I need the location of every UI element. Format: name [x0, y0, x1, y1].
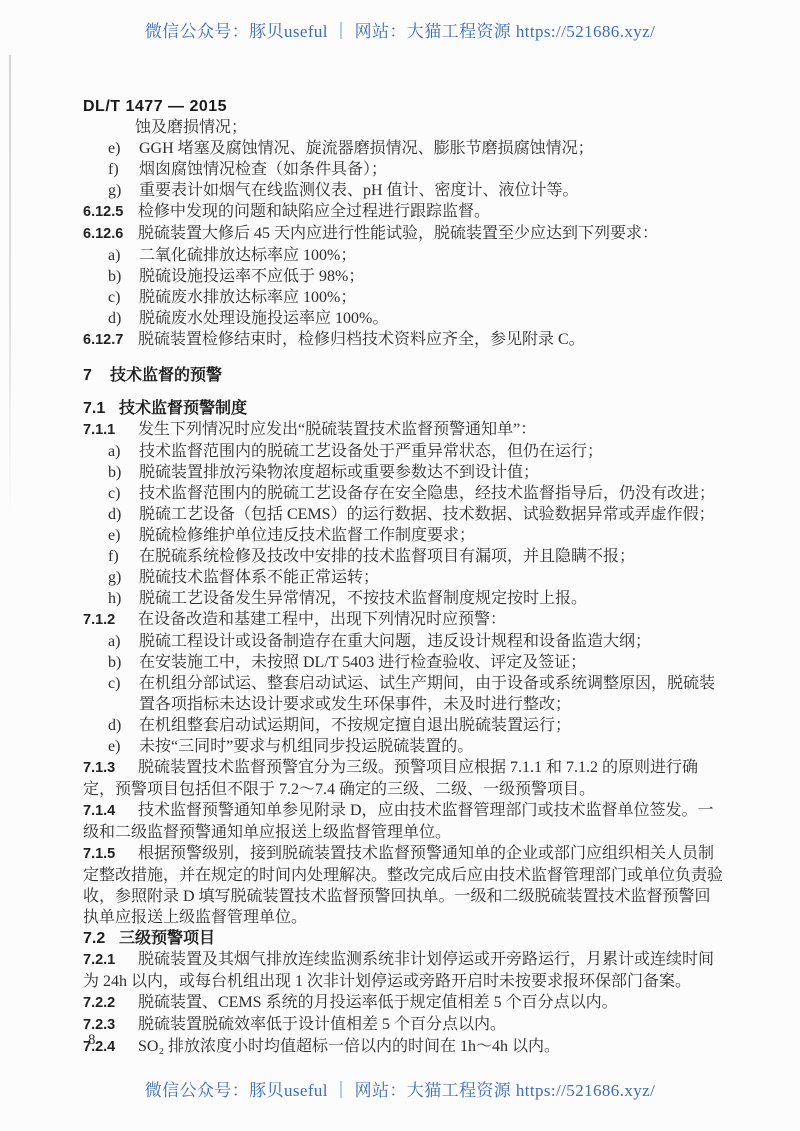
list-item: f)在脱硫系统检修及技改中安排的技术监督项目有漏项，并且隐瞒不报；	[83, 546, 725, 567]
item-text: 技术监督范围内的脱硫工艺设备存在安全隐患，经技术监督指导后，仍没有改进；	[139, 485, 715, 502]
item-letter: g)	[108, 567, 121, 588]
item-text: 在机组整套启动试运期间，不按规定擅自退出脱硫装置运行；	[139, 717, 571, 734]
item-letter: e)	[108, 138, 120, 159]
section-text: 发生下列情况时应发出“脱硫装置技术监督预警通知单”：	[138, 421, 536, 438]
list-item: c)在机组分部试运、整套启动试运、试生产期间，由于设备或系统调整原因，脱硫装置各…	[83, 673, 725, 715]
list-item: c)技术监督范围内的脱硫工艺设备存在安全隐患，经技术监督指导后，仍没有改进；	[83, 483, 725, 504]
section-number: 7.1.2	[83, 610, 138, 631]
section-number: 6.12.7	[83, 330, 138, 351]
item-letter: a)	[108, 441, 120, 462]
section-paragraph: 7.2.1脱硫装置及其烟气排放连续监测系统非计划停运或开旁路运行，月累计或连续时…	[83, 949, 725, 992]
list-item: g)脱硫技术监督体系不能正常运转；	[83, 567, 725, 588]
list-item: b)脱硫设施投运率不应低于 98%；	[83, 266, 725, 287]
item-letter: b)	[108, 652, 121, 673]
section-text: 脱硫装置技术监督预警宜分为三级。预警项目应根据 7.1.1 和 7.1.2 的原…	[83, 759, 698, 798]
chapter-title: 技术监督的预警	[110, 367, 222, 384]
section-text: 脱硫装置脱硫效率低于设计值相差 5 个百分点以内。	[138, 1016, 506, 1033]
list-item: d)脱硫工艺设备（包括 CEMS）的运行数据、技术数据、试验数据异常或弄虚作假；	[83, 504, 725, 525]
continuation-line: 蚀及磨损情况；	[83, 117, 725, 138]
list-item: d)在机组整套启动试运期间，不按规定擅自退出脱硫装置运行；	[83, 715, 725, 736]
section-number: 7.1.4	[83, 801, 138, 822]
heading-number: 7.1	[83, 398, 119, 419]
list-item: a)二氧化硫排放达标率应 100%；	[83, 245, 725, 266]
item-letter: c)	[108, 483, 120, 504]
section-paragraph: 7.2.2脱硫装置、CEMS 系统的月投运率低于规定值相差 5 个百分点以内。	[83, 992, 725, 1014]
item-text: 在机组分部试运、整套启动试运、试生产期间，由于设备或系统调整原因，脱硫装置各项指…	[139, 675, 715, 713]
list-item: a)技术监督范围内的脱硫工艺设备处于严重异常状态，但仍在运行；	[83, 441, 725, 462]
item-letter: e)	[108, 736, 120, 757]
item-letter: a)	[108, 631, 120, 652]
item-text: 在脱硫系统检修及技改中安排的技术监督项目有漏项，并且隐瞒不报；	[139, 548, 635, 565]
list-item: b)脱硫装置排放污染物浓度超标或重要参数达不到设计值；	[83, 462, 725, 483]
item-letter: f)	[108, 546, 119, 567]
section-paragraph: 7.1.3脱硫装置技术监督预警宜分为三级。预警项目应根据 7.1.1 和 7.1…	[83, 757, 725, 800]
document-page: 微信公众号：豚贝useful ｜ 网站：大猫工程资源 https://52168…	[0, 0, 800, 1131]
section-heading: 7.2三级预警项目	[83, 928, 725, 949]
watermark-footer: 微信公众号：豚贝useful ｜ 网站：大猫工程资源 https://52168…	[0, 1076, 800, 1101]
section-number: 7.1.5	[83, 844, 138, 865]
item-letter: b)	[108, 462, 121, 483]
section-paragraph: 6.12.5检修中发现的问题和缺陷应全过程进行跟踪监督。	[83, 201, 725, 223]
doc-number: DL/T 1477 — 2015	[83, 96, 725, 117]
section-text: 根据预警级别，接到脱硫装置技术监督预警通知单的企业或部门应组织相关人员制定整改措…	[83, 845, 723, 926]
list-item: e)脱硫检修维护单位违反技术监督工作制度要求；	[83, 525, 725, 546]
page-number: 8	[88, 1030, 96, 1051]
section-paragraph: 7.1.5根据预警级别，接到脱硫装置技术监督预警通知单的企业或部门应组织相关人员…	[83, 843, 725, 928]
section-paragraph: 7.1.1发生下列情况时应发出“脱硫装置技术监督预警通知单”：	[83, 419, 725, 441]
page-body: DL/T 1477 — 2015 蚀及磨损情况； e)GGH 堵塞及腐蚀情况、旋…	[83, 96, 725, 1058]
section-number: 7.1.3	[83, 758, 138, 779]
watermark-header: 微信公众号：豚贝useful ｜ 网站：大猫工程资源 https://52168…	[0, 17, 800, 42]
item-letter: e)	[108, 525, 120, 546]
section-number: 7.2.2	[83, 993, 138, 1014]
item-letter: f)	[108, 159, 119, 180]
list-item: e)未按“三同时”要求与机组同步投运脱硫装置的。	[83, 736, 725, 757]
section-paragraph: 7.1.2在设备改造和基建工程中，出现下列情况时应预警：	[83, 609, 725, 631]
section-number: 6.12.5	[83, 202, 138, 223]
section-number: 7.2.1	[83, 950, 138, 971]
item-letter: h)	[108, 588, 121, 609]
item-text: 未按“三同时”要求与机组同步投运脱硫装置的。	[139, 738, 473, 755]
scan-artifact-line	[9, 55, 11, 515]
section-paragraph: 7.1.4技术监督预警通知单参见附录 D，应由技术监督管理部门或技术监督单位签发…	[83, 800, 725, 843]
section-number: 6.12.6	[83, 224, 138, 245]
item-text: 脱硫技术监督体系不能正常运转；	[139, 569, 379, 586]
section-paragraph: 6.12.7脱硫装置检修结束时，检修归档技术资料应齐全，参见附录 C。	[83, 329, 725, 351]
item-text: 脱硫设施投运率不应低于 98%；	[139, 268, 364, 285]
section-paragraph: 7.2.4SO₂ 排放浓度小时均值超标一倍以内的时间在 1h～4h 以内。	[83, 1036, 725, 1058]
heading-number: 7.2	[83, 928, 119, 949]
section-text: 脱硫装置大修后 45 天内应进行性能试验，脱硫装置至少应达到下列要求：	[138, 225, 658, 242]
item-letter: a)	[108, 245, 120, 266]
list-item: b)在安装施工中，未按照 DL/T 5403 进行检查验收、评定及签证；	[83, 652, 725, 673]
section-paragraph: 6.12.6脱硫装置大修后 45 天内应进行性能试验，脱硫装置至少应达到下列要求…	[83, 223, 725, 245]
section-paragraph: 7.2.3脱硫装置脱硫效率低于设计值相差 5 个百分点以内。	[83, 1014, 725, 1036]
item-letter: b)	[108, 266, 121, 287]
item-text: 脱硫工艺设备发生异常情况，不按技术监督制度规定按时上报。	[139, 590, 587, 607]
item-letter: d)	[108, 504, 121, 525]
item-text: 脱硫装置排放污染物浓度超标或重要参数达不到设计值；	[139, 464, 539, 481]
list-item: g)重要表计如烟气在线监测仪表、pH 值计、密度计、液位计等。	[83, 180, 725, 201]
item-text: 重要表计如烟气在线监测仪表、pH 值计、密度计、液位计等。	[139, 182, 579, 199]
item-text: 脱硫废水排放达标率应 100%；	[139, 289, 356, 306]
section-number: 7.1.1	[83, 420, 138, 441]
section-heading: 7.1技术监督预警制度	[83, 398, 725, 419]
section-text: 检修中发现的问题和缺陷应全过程进行跟踪监督。	[138, 203, 490, 220]
item-text: 脱硫检修维护单位违反技术监督工作制度要求；	[139, 527, 475, 544]
chapter-number: 7	[83, 365, 110, 386]
section-text: 脱硫装置、CEMS 系统的月投运率低于规定值相差 5 个百分点以内。	[138, 994, 618, 1011]
item-text: GGH 堵塞及腐蚀情况、旋流器磨损情况、膨胀节磨损腐蚀情况；	[139, 140, 594, 157]
list-item: c)脱硫废水排放达标率应 100%；	[83, 287, 725, 308]
section-text: 脱硫装置检修结束时，检修归档技术资料应齐全，参见附录 C。	[138, 331, 585, 348]
item-letter: c)	[108, 287, 120, 308]
item-text: 脱硫工程设计或设备制造存在重大问题，违反设计规程和设备监造大纲；	[139, 633, 651, 650]
list-item: a)脱硫工程设计或设备制造存在重大问题，违反设计规程和设备监造大纲；	[83, 631, 725, 652]
heading-title: 三级预警项目	[119, 930, 215, 947]
item-letter: d)	[108, 308, 121, 329]
section-text: 脱硫装置及其烟气排放连续监测系统非计划停运或开旁路运行，月累计或连续时间为 24…	[83, 951, 714, 990]
list-item: f)烟囱腐蚀情况检查（如条件具备）；	[83, 159, 725, 180]
item-text: 脱硫工艺设备（包括 CEMS）的运行数据、技术数据、试验数据异常或弄虚作假；	[139, 506, 715, 523]
item-text: 在安装施工中，未按照 DL/T 5403 进行检查验收、评定及签证；	[139, 654, 586, 671]
item-letter: d)	[108, 715, 121, 736]
item-text: 技术监督范围内的脱硫工艺设备处于严重异常状态，但仍在运行；	[139, 443, 603, 460]
section-text: SO₂ 排放浓度小时均值超标一倍以内的时间在 1h～4h 以内。	[138, 1038, 560, 1055]
item-letter: g)	[108, 180, 121, 201]
list-item: e)GGH 堵塞及腐蚀情况、旋流器磨损情况、膨胀节磨损腐蚀情况；	[83, 138, 725, 159]
item-text: 二氧化硫排放达标率应 100%；	[139, 247, 356, 264]
heading-title: 技术监督预警制度	[119, 400, 247, 417]
section-text: 技术监督预警通知单参见附录 D，应由技术监督管理部门或技术监督单位签发。一级和二…	[83, 802, 714, 841]
list-item: d)脱硫废水处理设施投运率应 100%。	[83, 308, 725, 329]
item-text: 烟囱腐蚀情况检查（如条件具备）；	[139, 161, 387, 178]
list-item: h)脱硫工艺设备发生异常情况，不按技术监督制度规定按时上报。	[83, 588, 725, 609]
item-letter: c)	[108, 673, 120, 694]
section-text: 在设备改造和基建工程中，出现下列情况时应预警：	[138, 611, 506, 628]
item-text: 脱硫废水处理设施投运率应 100%。	[139, 310, 388, 327]
chapter-heading: 7技术监督的预警	[83, 365, 725, 386]
